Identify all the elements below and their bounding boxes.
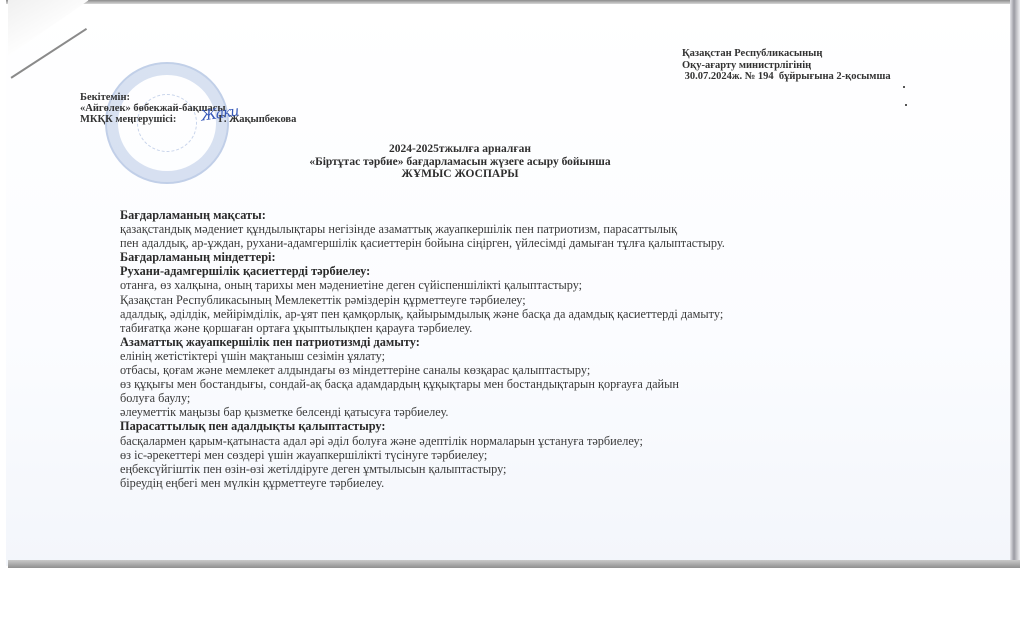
title-year: 2024-2025тжылға арналған — [250, 143, 670, 156]
body-line: Қазақстан Республикасының Мемлекеттік рә… — [120, 293, 1000, 307]
title-main: ЖҰМЫС ЖОСПАРЫ — [250, 168, 670, 181]
body-line: өз құқығы мен бостандығы, сондай-ақ басқ… — [120, 377, 1000, 391]
body-line: адалдық, әділдік, мейірімділік, ар-ұят п… — [120, 307, 1000, 321]
approval-position-label: МКҚК меңгерушісі: — [80, 114, 176, 125]
body-line: басқалармен қарым-қатынаста адал әрі әді… — [120, 434, 1000, 448]
section-heading: Рухани-адамгершілік қасиеттерді тәрбиеле… — [120, 264, 1000, 278]
approval-position: МКҚК меңгерушісі:Г. Жақыпбекова — [80, 114, 296, 125]
decree-line: 30.07.2024ж. № 194 бұйрығына 2-қосымша — [682, 71, 891, 83]
body-line: еңбексүйгіштік пен өзін-өзі жетілдіруге … — [120, 462, 1000, 476]
section-heading: Парасаттылық пен адалдықты қалыптастыру: — [120, 419, 1000, 433]
document-body: Бағдарламаның мақсаты:қазақстандық мәден… — [120, 208, 1000, 490]
body-line: болуға баулу; — [120, 391, 1000, 405]
page-top-edge — [6, 0, 1018, 4]
approval-organization: «Айгөлек» бөбекжай-бақшасы — [80, 103, 296, 114]
body-line: отанға, өз халқына, оның тарихы мен мәде… — [120, 278, 1000, 292]
body-line: пен адалдық, ар-ұждан, рухани-адамгершіл… — [120, 236, 1000, 250]
document-title: 2024-2025тжылға арналған «Біртұтас тәрби… — [250, 143, 670, 181]
approval-block: Бекітемін: «Айгөлек» бөбекжай-бақшасы МК… — [80, 92, 296, 125]
section-heading: Азаматтық жауапкершілік пен патриотизмді… — [120, 335, 1000, 349]
body-line: табиғатқа және қоршаған ортаға ұқыптылық… — [120, 321, 1000, 335]
body-line: отбасы, қоғам және мемлекет алдындағы өз… — [120, 363, 1000, 377]
body-line: қазақстандық мәдениет құндылықтары негіз… — [120, 222, 1000, 236]
body-line: елінің жетістіктері үшін мақтаныш сезімі… — [120, 349, 1000, 363]
decree-line: Қазақстан Республикасының — [682, 48, 891, 60]
section-heading: Бағдарламаның міндеттері: — [120, 250, 1000, 264]
page-right-edge — [1010, 0, 1020, 566]
scan-speck — [903, 86, 905, 88]
body-line: біреудің еңбегі мен мүлкін құрметтеуге т… — [120, 476, 1000, 490]
decree-line: Оқу-ағарту министрлігінің — [682, 60, 891, 72]
decree-reference: Қазақстан Республикасының Оқу-ағарту мин… — [682, 48, 891, 83]
body-line: әлеуметтік маңызы бар қызметке белсенді … — [120, 405, 1000, 419]
scan-speck — [905, 104, 907, 106]
approval-label: Бекітемін: — [80, 92, 296, 103]
title-program: «Біртұтас тәрбие» бағдарламасын жүзеге а… — [250, 156, 670, 169]
section-heading: Бағдарламаның мақсаты: — [120, 208, 1000, 222]
body-line: өз іс-әрекеттері мен сөздері үшін жауапк… — [120, 448, 1000, 462]
page-bottom-edge — [8, 560, 1020, 568]
